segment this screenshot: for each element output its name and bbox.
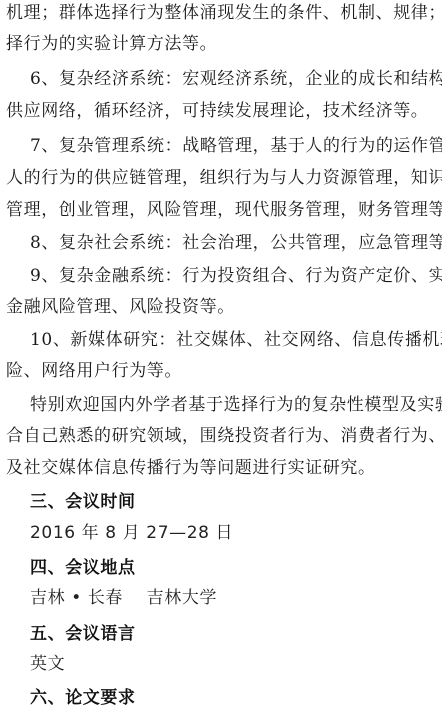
paragraph-line: 管理，创业管理，风险管理，现代服务管理，财务管理等。 [6,199,442,221]
list-item-8: 8、复杂社会系统：社会治理，公共管理，应急管理等。 [30,232,442,254]
section-heading-paper: 六、论文要求 [30,687,136,706]
paragraph-line: 金融风险管理、风险投资等。 [6,296,235,318]
paragraph-line: 合自己熟悉的研究领域，围绕投资者行为、消费者行为、用户行为以 [6,425,442,447]
list-item-9: 9、复杂金融系统：行为投资组合、行为资产定价、实验金融学、 [30,265,442,287]
paragraph-line: 机理；群体选择行为整体涌现发生的条件、机制、规律；基于群体选 [6,2,442,24]
paragraph-line: 择行为的实验计算方法等。 [6,33,217,55]
paragraph-line: 供应网络，循环经济，可持续发展理论，技术经济等。 [6,100,428,122]
list-item-6: 6、复杂经济系统：宏观经济系统，企业的成长和结构，生产和 [30,68,442,90]
section-heading-time: 三、会议时间 [30,491,136,513]
section-heading-place: 四、会议地点 [30,557,136,579]
conference-language: 英文 [30,653,65,675]
paragraph-line: 及社交媒体信息传播行为等问题进行实证研究。 [6,457,376,479]
paragraph-line: 险、网络用户行为等。 [6,360,182,382]
conference-date: 2016 年 8 月 27—28 日 [30,522,233,544]
conference-place: 吉林 • 长春 吉林大学 [30,587,217,609]
list-item-10: 10、新媒体研究：社交媒体、社交网络、信息传播机理、道德风 [30,329,442,351]
list-item-7: 7、复杂管理系统：战略管理，基于人的行为的运作管理，基于 [30,135,442,157]
paragraph-line: 人的行为的供应链管理，组织行为与人力资源管理，知识管理，技术 [6,167,442,189]
section-heading-language: 五、会议语言 [30,623,136,645]
welcome-paragraph: 特别欢迎国内外学者基于选择行为的复杂性模型及实验方法，结 [30,394,442,416]
